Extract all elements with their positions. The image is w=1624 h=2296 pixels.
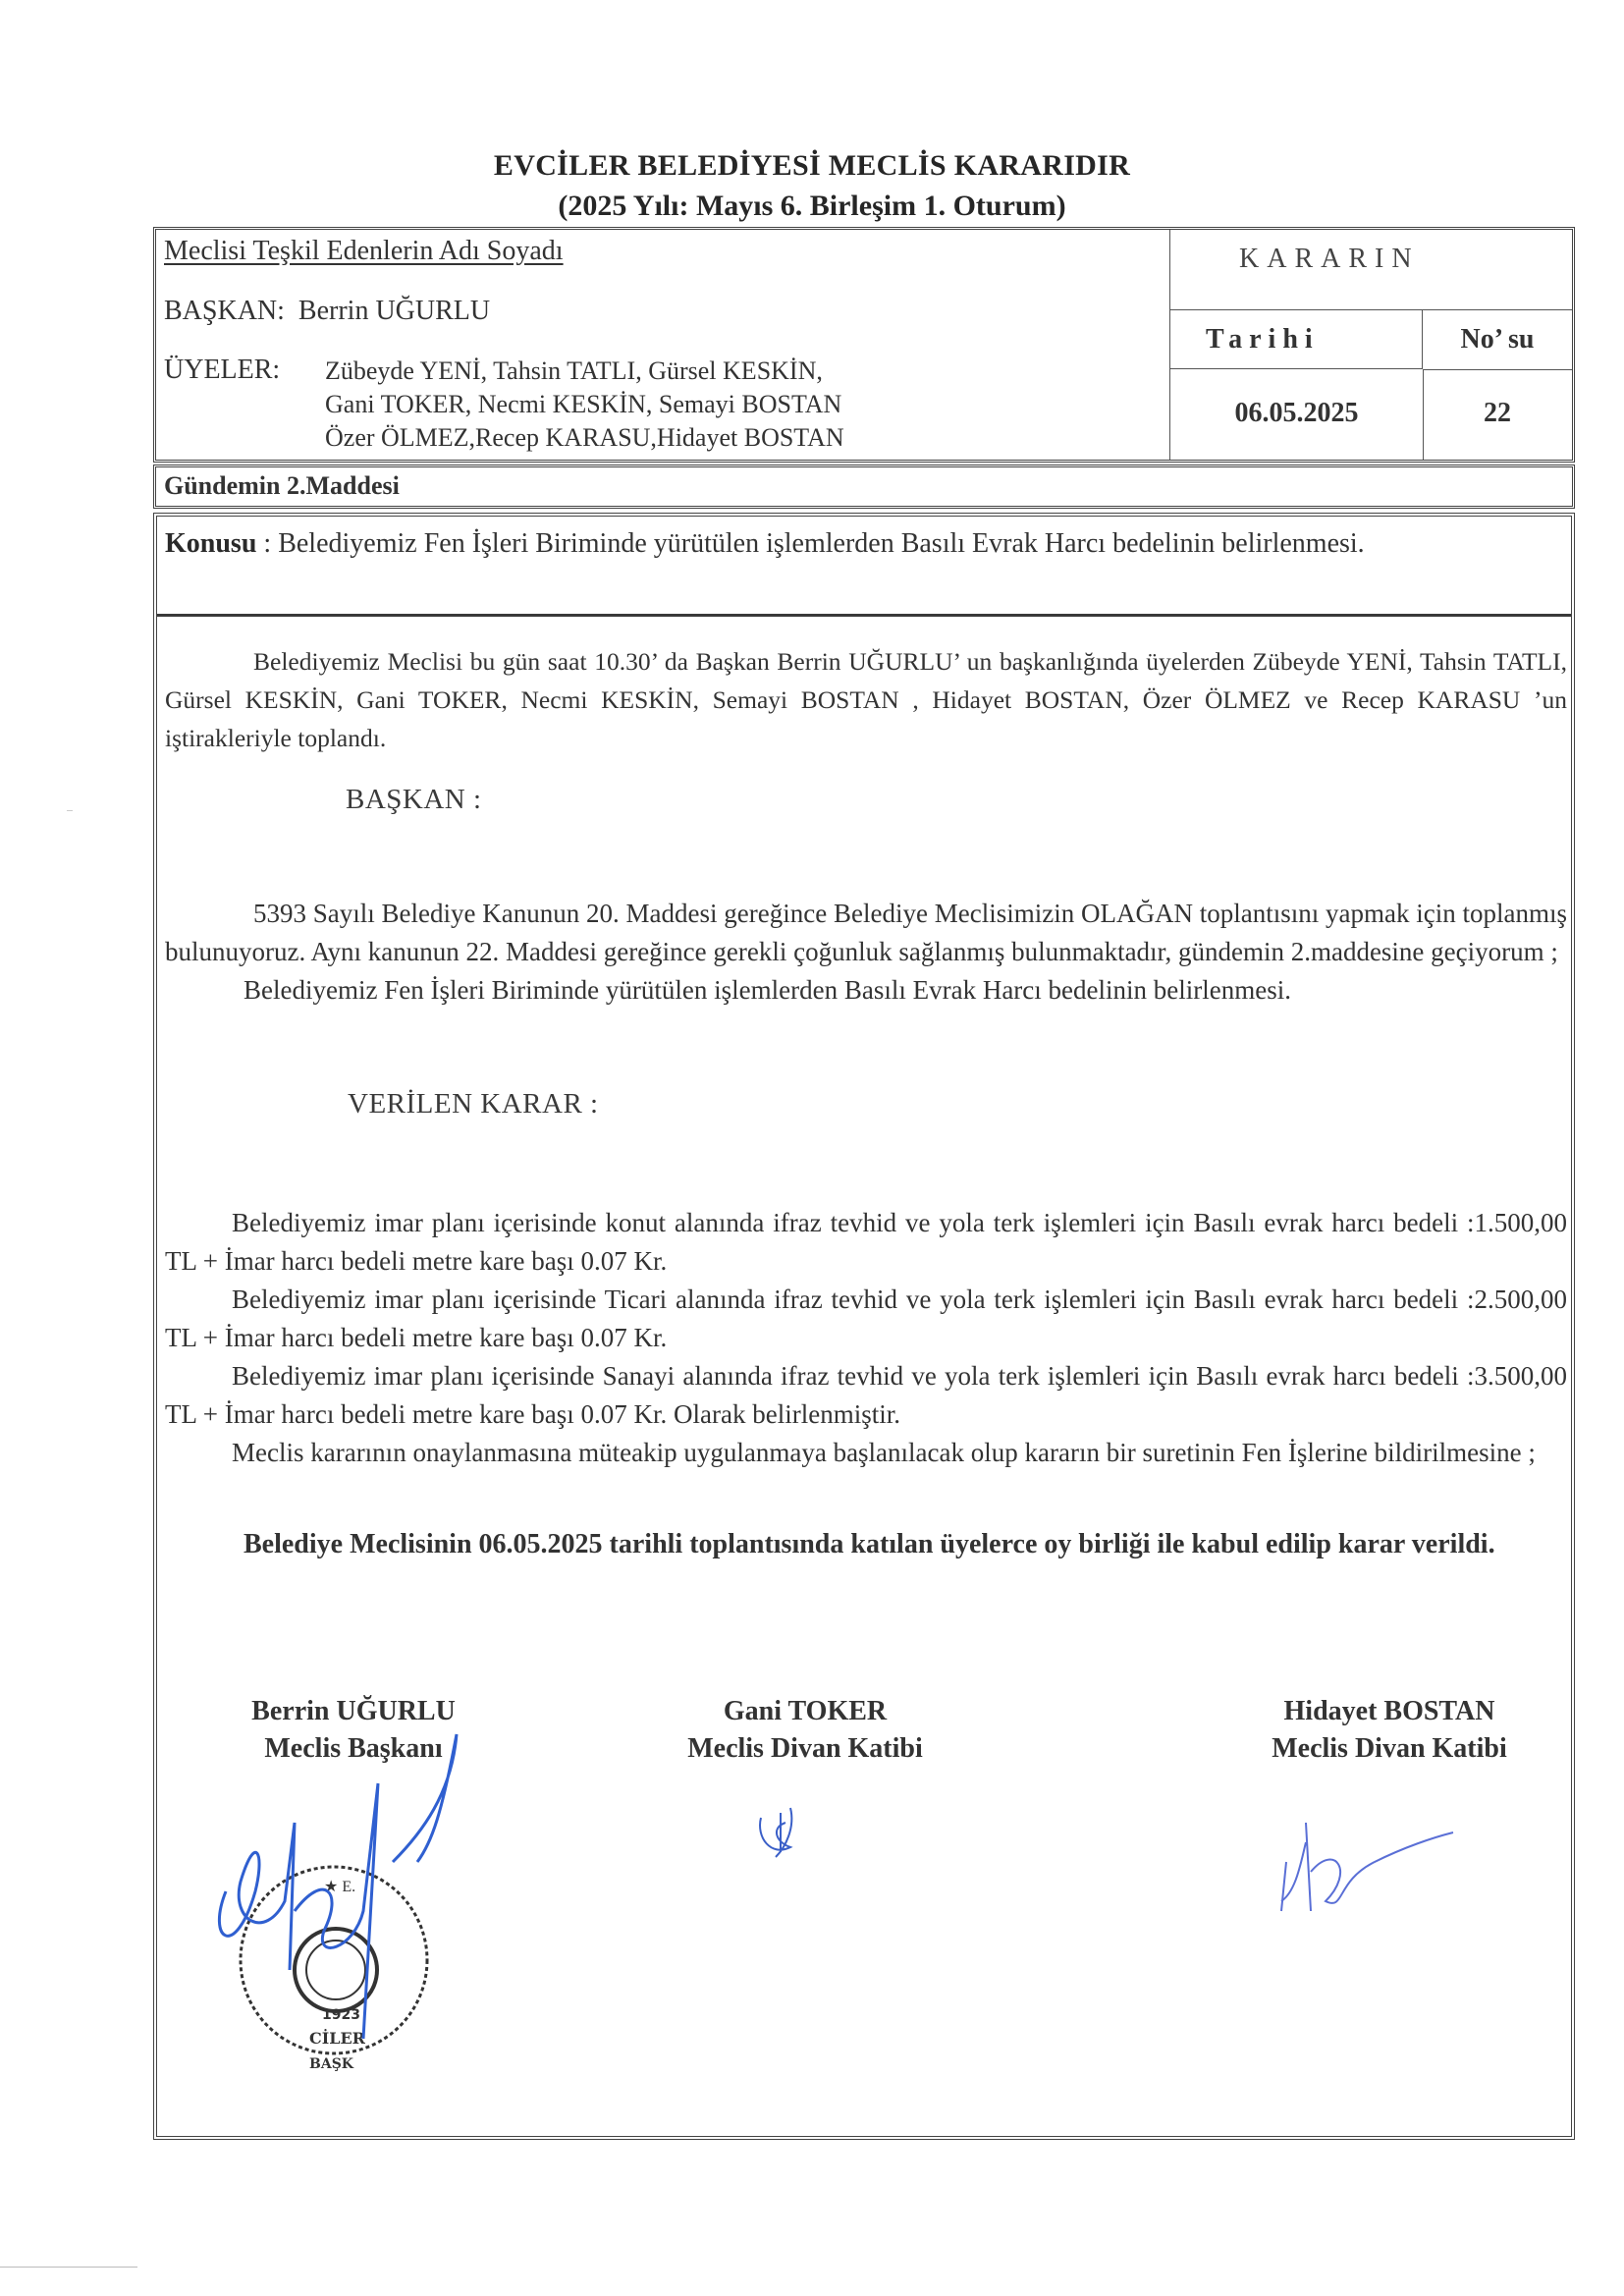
signature-block-clerk-1: Gani TOKER Meclis Divan Katibi bbox=[648, 1693, 962, 1768]
uyeler-label: ÜYELER: bbox=[164, 355, 280, 386]
signer-title: Meclis Divan Katibi bbox=[1227, 1730, 1551, 1768]
signer-title: Meclis Divan Katibi bbox=[648, 1730, 962, 1768]
decision-item-text: Meclis kararının onaylanmasına müteakip … bbox=[232, 1438, 1536, 1467]
scan-mark bbox=[67, 810, 73, 812]
baskan-label: BAŞKAN: bbox=[164, 296, 285, 326]
verilen-karar-heading: VERİLEN KARAR : bbox=[348, 1088, 599, 1121]
clerk-signature-icon bbox=[1267, 1803, 1463, 1921]
scan-mark bbox=[0, 2267, 137, 2269]
uyeler-line: Özer ÖLMEZ,Recep KARASU,Hidayet BOSTAN bbox=[325, 421, 844, 455]
baskan-name: Berrin UĞURLU bbox=[298, 296, 490, 326]
subject-text: Belediyemiz Fen İşleri Biriminde yürütül… bbox=[278, 528, 1364, 559]
decision-item: Belediyemiz imar planı içerisinde Sanayi… bbox=[165, 1357, 1567, 1434]
uyeler-line: Zübeyde YENİ, Tahsin TATLI, Gürsel KESKİ… bbox=[325, 355, 844, 388]
agenda-item: Gündemin 2.Maddesi bbox=[153, 465, 1575, 509]
decision-number: 22 bbox=[1423, 369, 1572, 460]
kararin-heading: KARARIN bbox=[1170, 230, 1572, 310]
uyeler-list: Zübeyde YENİ, Tahsin TATLI, Gürsel KESKİ… bbox=[325, 355, 844, 455]
conclusion-text: Belediye Meclisinin 06.05.2025 tarihli t… bbox=[244, 1529, 1495, 1559]
decision-item: Meclis kararının onaylanmasına müteakip … bbox=[165, 1434, 1567, 1472]
decision-item-text: Belediyemiz imar planı içerisinde Sanayi… bbox=[165, 1361, 1567, 1429]
subject-label: Konusu bbox=[165, 528, 256, 559]
decision-item-text: Belediyemiz imar planı içerisinde Ticari… bbox=[165, 1285, 1567, 1352]
decision-item: Belediyemiz imar planı içerisinde Ticari… bbox=[165, 1281, 1567, 1357]
number-label: No’ su bbox=[1423, 310, 1572, 370]
conclusion: Belediye Meclisinin 06.05.2025 tarihli t… bbox=[165, 1525, 1567, 1563]
subject-divider bbox=[157, 614, 1571, 617]
subject: Konusu : Belediyemiz Fen İşleri Birimind… bbox=[165, 524, 1540, 564]
subject-separator: : bbox=[256, 528, 278, 559]
decision-item: Belediyemiz imar planı içerisinde konut … bbox=[165, 1204, 1567, 1281]
chair-statement-text: 5393 Sayılı Belediye Kanunun 20. Maddesi… bbox=[165, 899, 1567, 966]
document-subtitle: (2025 Yılı: Mayıs 6. Birleşim 1. Oturum) bbox=[0, 190, 1624, 223]
baskan-heading: BAŞKAN : bbox=[346, 784, 482, 816]
decision-item-text: Belediyemiz imar planı içerisinde konut … bbox=[165, 1208, 1567, 1276]
signer-name: Gani TOKER bbox=[648, 1693, 962, 1730]
opening-paragraph: Belediyemiz Meclisi bu gün saat 10.30’ d… bbox=[165, 642, 1567, 757]
signer-name: Hidayet BOSTAN bbox=[1227, 1693, 1551, 1730]
chair-statement: 5393 Sayılı Belediye Kanunun 20. Maddesi… bbox=[165, 895, 1567, 1010]
decision-items: Belediyemiz imar planı içerisinde konut … bbox=[165, 1204, 1567, 1472]
chair-signature-icon bbox=[196, 1715, 491, 2049]
uyeler-line: Gani TOKER, Necmi KESKİN, Semayi BOSTAN bbox=[325, 388, 844, 421]
date-label: Tarihi bbox=[1170, 310, 1423, 369]
chair-subject-text: Belediyemiz Fen İşleri Biriminde yürütül… bbox=[244, 975, 1291, 1005]
signature-block-clerk-2: Hidayet BOSTAN Meclis Divan Katibi bbox=[1227, 1693, 1551, 1768]
svg-text:BAŞK: BAŞK bbox=[309, 2056, 354, 2072]
council-members-cell: Meclisi Teşkil Edenlerin Adı Soyadı BAŞK… bbox=[156, 230, 1169, 460]
baskan-row: BAŞKAN: Berrin UĞURLU bbox=[164, 296, 490, 327]
clerk-signature-icon bbox=[751, 1798, 820, 1867]
decision-info-cell: KARARIN Tarihi No’ su 06.05.2025 22 bbox=[1169, 230, 1572, 460]
document-title: EVCİLER BELEDİYESİ MECLİS KARARIDIR bbox=[0, 149, 1624, 183]
opening-text: Belediyemiz Meclisi bu gün saat 10.30’ d… bbox=[165, 647, 1567, 752]
decision-body: Konusu : Belediyemiz Fen İşleri Birimind… bbox=[153, 513, 1575, 2140]
council-header-table: Meclisi Teşkil Edenlerin Adı Soyadı BAŞK… bbox=[153, 227, 1575, 463]
members-title: Meclisi Teşkil Edenlerin Adı Soyadı bbox=[164, 236, 564, 267]
decision-date: 06.05.2025 bbox=[1170, 369, 1424, 460]
